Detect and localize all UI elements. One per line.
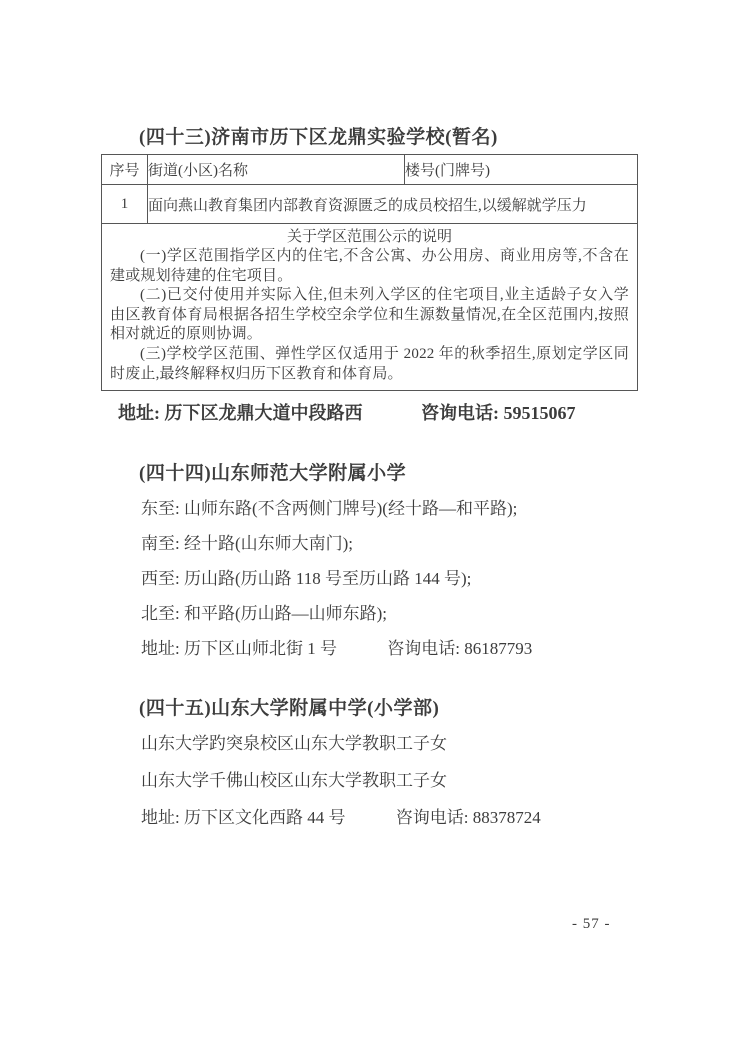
header-cell-index: 序号 bbox=[102, 155, 148, 185]
section-45-line-2: 山东大学千佛山校区山东大学教职工子女 bbox=[141, 771, 638, 791]
note-paragraph-3: (三)学校学区范围、弹性学区仅适用于 2022 年的秋季招生,原划定学区同时废止… bbox=[110, 345, 629, 384]
section-45-address: 地址: 历下区文化西路 44 号 bbox=[141, 808, 345, 827]
section-43-address-line: 地址: 历下区龙鼎大道中段路西 咨询电话: 59515067 bbox=[118, 402, 638, 424]
section-44-phone: 咨询电话: 86187793 bbox=[387, 639, 532, 658]
row-index-cell: 1 bbox=[102, 185, 148, 224]
section-45-line-1: 山东大学趵突泉校区山东大学教职工子女 bbox=[141, 734, 638, 754]
section-45-phone: 咨询电话: 88378724 bbox=[396, 808, 541, 827]
section-44-title: (四十四)山东师范大学附属小学 bbox=[139, 462, 638, 486]
document-page: (四十三)济南市历下区龙鼎实验学校(暂名) 序号 街道(小区)名称 楼号(门牌号… bbox=[0, 0, 740, 1046]
section-43-phone: 咨询电话: 59515067 bbox=[421, 403, 576, 423]
boundary-west: 西至: 历山路(历山路 118 号至历山路 144 号); bbox=[141, 569, 638, 589]
section-44-address: 地址: 历下区山师北街 1 号 bbox=[141, 639, 337, 658]
page-number: - 57 - bbox=[572, 916, 611, 933]
section-43-title: (四十三)济南市历下区龙鼎实验学校(暂名) bbox=[139, 126, 638, 150]
boundary-north: 北至: 和平路(历山路—山师东路); bbox=[141, 604, 638, 624]
table-notes-row: 关于学区范围公示的说明 (一)学区范围指学区内的住宅,不含公寓、办公用房、商业用… bbox=[102, 224, 638, 391]
notes-title: 关于学区范围公示的说明 bbox=[110, 227, 629, 247]
boundary-south: 南至: 经十路(山东师大南门); bbox=[141, 534, 638, 554]
section-43-address: 地址: 历下区龙鼎大道中段路西 bbox=[118, 403, 363, 423]
row-text-cell: 面向燕山教育集团内部教育资源匮乏的成员校招生,以缓解就学压力 bbox=[148, 185, 638, 224]
note-paragraph-1: (一)学区范围指学区内的住宅,不含公寓、办公用房、商业用房等,不含在建或规划待建… bbox=[110, 247, 629, 286]
header-cell-building: 楼号(门牌号) bbox=[405, 155, 638, 185]
table-header-row: 序号 街道(小区)名称 楼号(门牌号) bbox=[102, 155, 638, 185]
boundary-east: 东至: 山师东路(不含两侧门牌号)(经十路—和平路); bbox=[141, 499, 638, 519]
section-44: (四十四)山东师范大学附属小学 东至: 山师东路(不含两侧门牌号)(经十路—和平… bbox=[101, 462, 638, 659]
notes-cell: 关于学区范围公示的说明 (一)学区范围指学区内的住宅,不含公寓、办公用房、商业用… bbox=[102, 224, 638, 391]
table-data-row: 1 面向燕山教育集团内部教育资源匮乏的成员校招生,以缓解就学压力 bbox=[102, 185, 638, 224]
note-paragraph-2: (二)已交付使用并实际入住,但未列入学区的住宅项目,业主适龄子女入学由区教育体育… bbox=[110, 286, 629, 345]
header-cell-street: 街道(小区)名称 bbox=[148, 155, 405, 185]
section-45-title: (四十五)山东大学附属中学(小学部) bbox=[139, 697, 638, 721]
section-44-address-line: 地址: 历下区山师北街 1 号 咨询电话: 86187793 bbox=[141, 639, 638, 659]
section-45-address-line: 地址: 历下区文化西路 44 号 咨询电话: 88378724 bbox=[141, 808, 638, 828]
district-table: 序号 街道(小区)名称 楼号(门牌号) 1 面向燕山教育集团内部教育资源匮乏的成… bbox=[101, 154, 638, 391]
page-content: (四十三)济南市历下区龙鼎实验学校(暂名) 序号 街道(小区)名称 楼号(门牌号… bbox=[101, 126, 638, 828]
section-45: (四十五)山东大学附属中学(小学部) 山东大学趵突泉校区山东大学教职工子女 山东… bbox=[101, 697, 638, 828]
